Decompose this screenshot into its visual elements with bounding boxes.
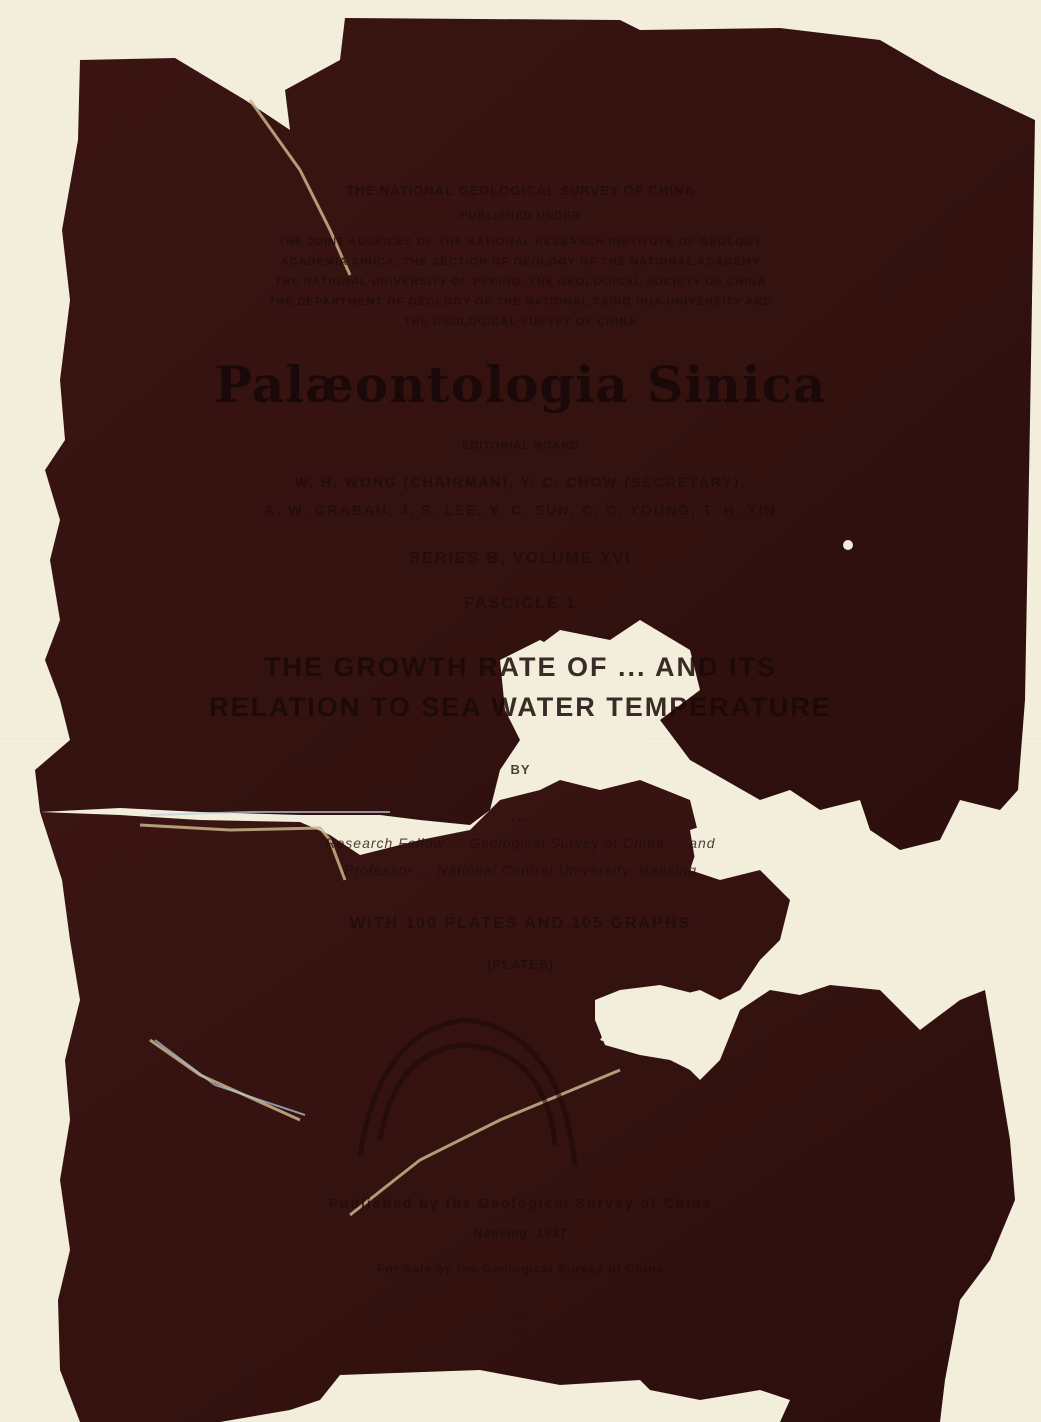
pinhole <box>843 540 853 550</box>
torn-cover <box>0 0 1041 1422</box>
